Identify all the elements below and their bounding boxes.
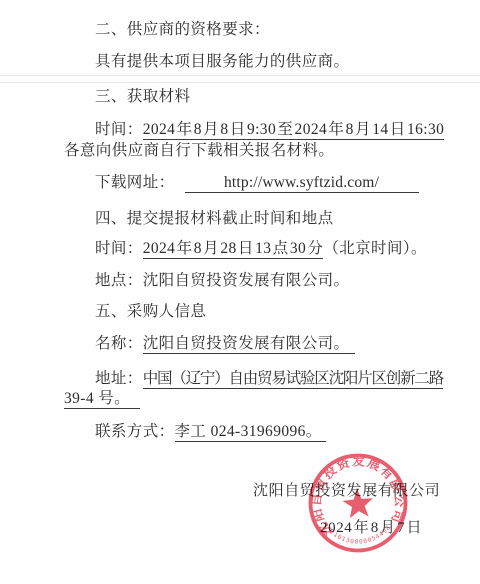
section4-time-line: 时间：2024 年 8 月 28 日 13 点 30 分（北京时间）。 bbox=[95, 240, 427, 257]
address-value-line2: 39-4 号。 bbox=[64, 390, 140, 409]
section3-heading: 三、获取材料 bbox=[95, 88, 190, 105]
deadline-label: 时间： bbox=[95, 240, 143, 257]
section2-heading: 二、供应商的资格要求： bbox=[95, 21, 270, 38]
section5-heading: 五、采购人信息 bbox=[95, 303, 206, 320]
purchaser-address-line2: 39-4 号。 bbox=[64, 390, 140, 407]
download-url: http://www.syftzid.com/ bbox=[185, 174, 419, 193]
purchaser-address-line1: 地址：中国（辽宁）自由贸易试验区沈阳片区创新二路 bbox=[95, 370, 443, 387]
company-seal-stamp: 沈阳自贸投资发展有限公司 210130000054498 bbox=[306, 451, 410, 555]
download-label: 下载网址： bbox=[95, 174, 175, 191]
address-value-line1: 中国（辽宁）自由贸易试验区沈阳片区创新二路 bbox=[143, 370, 443, 389]
contact-line: 联系方式：李工 024-31969096。 bbox=[95, 423, 326, 440]
page-break-line-top bbox=[0, 75, 480, 76]
place-label: 地点： bbox=[95, 272, 143, 289]
deadline-suffix: （北京时间）。 bbox=[323, 240, 427, 257]
contact-value: 李工 024-31969096。 bbox=[175, 423, 326, 442]
section2-body: 具有提供本项目服务能力的供应商。 bbox=[95, 53, 349, 70]
name-label: 名称： bbox=[95, 335, 143, 352]
document-page: 二、供应商的资格要求： 具有提供本项目服务能力的供应商。 三、获取材料 时间：2… bbox=[0, 0, 480, 584]
download-period-value: 2024 年 8 月 8 日 9:30 至 2024 年 8 月 14 日 16… bbox=[143, 121, 445, 140]
section3-download-line: 下载网址：http://www.syftzid.com/ bbox=[95, 174, 419, 193]
page-break-line-bottom bbox=[0, 82, 480, 83]
seal-star-icon bbox=[342, 487, 375, 518]
purchaser-name-line: 名称：沈阳自贸投资发展有限公司。 bbox=[95, 335, 355, 352]
section4-heading: 四、提交提报材料截止时间和地点 bbox=[95, 210, 334, 227]
place-value: 沈阳自贸投资发展有限公司。 bbox=[143, 272, 350, 289]
deadline-value: 2024 年 8 月 28 日 13 点 30 分 bbox=[143, 240, 324, 259]
contact-label: 联系方式： bbox=[95, 423, 175, 440]
section3-time-line: 时间：2024 年 8 月 8 日 9:30 至 2024 年 8 月 14 日… bbox=[95, 121, 444, 138]
name-value: 沈阳自贸投资发展有限公司。 bbox=[143, 335, 356, 354]
address-label: 地址： bbox=[95, 370, 143, 387]
time-label: 时间： bbox=[95, 121, 143, 138]
section4-place-line: 地点：沈阳自贸投资发展有限公司。 bbox=[95, 272, 349, 289]
section3-time-continuation: 各意向供应商自行下载相关报名材料。 bbox=[64, 142, 334, 159]
